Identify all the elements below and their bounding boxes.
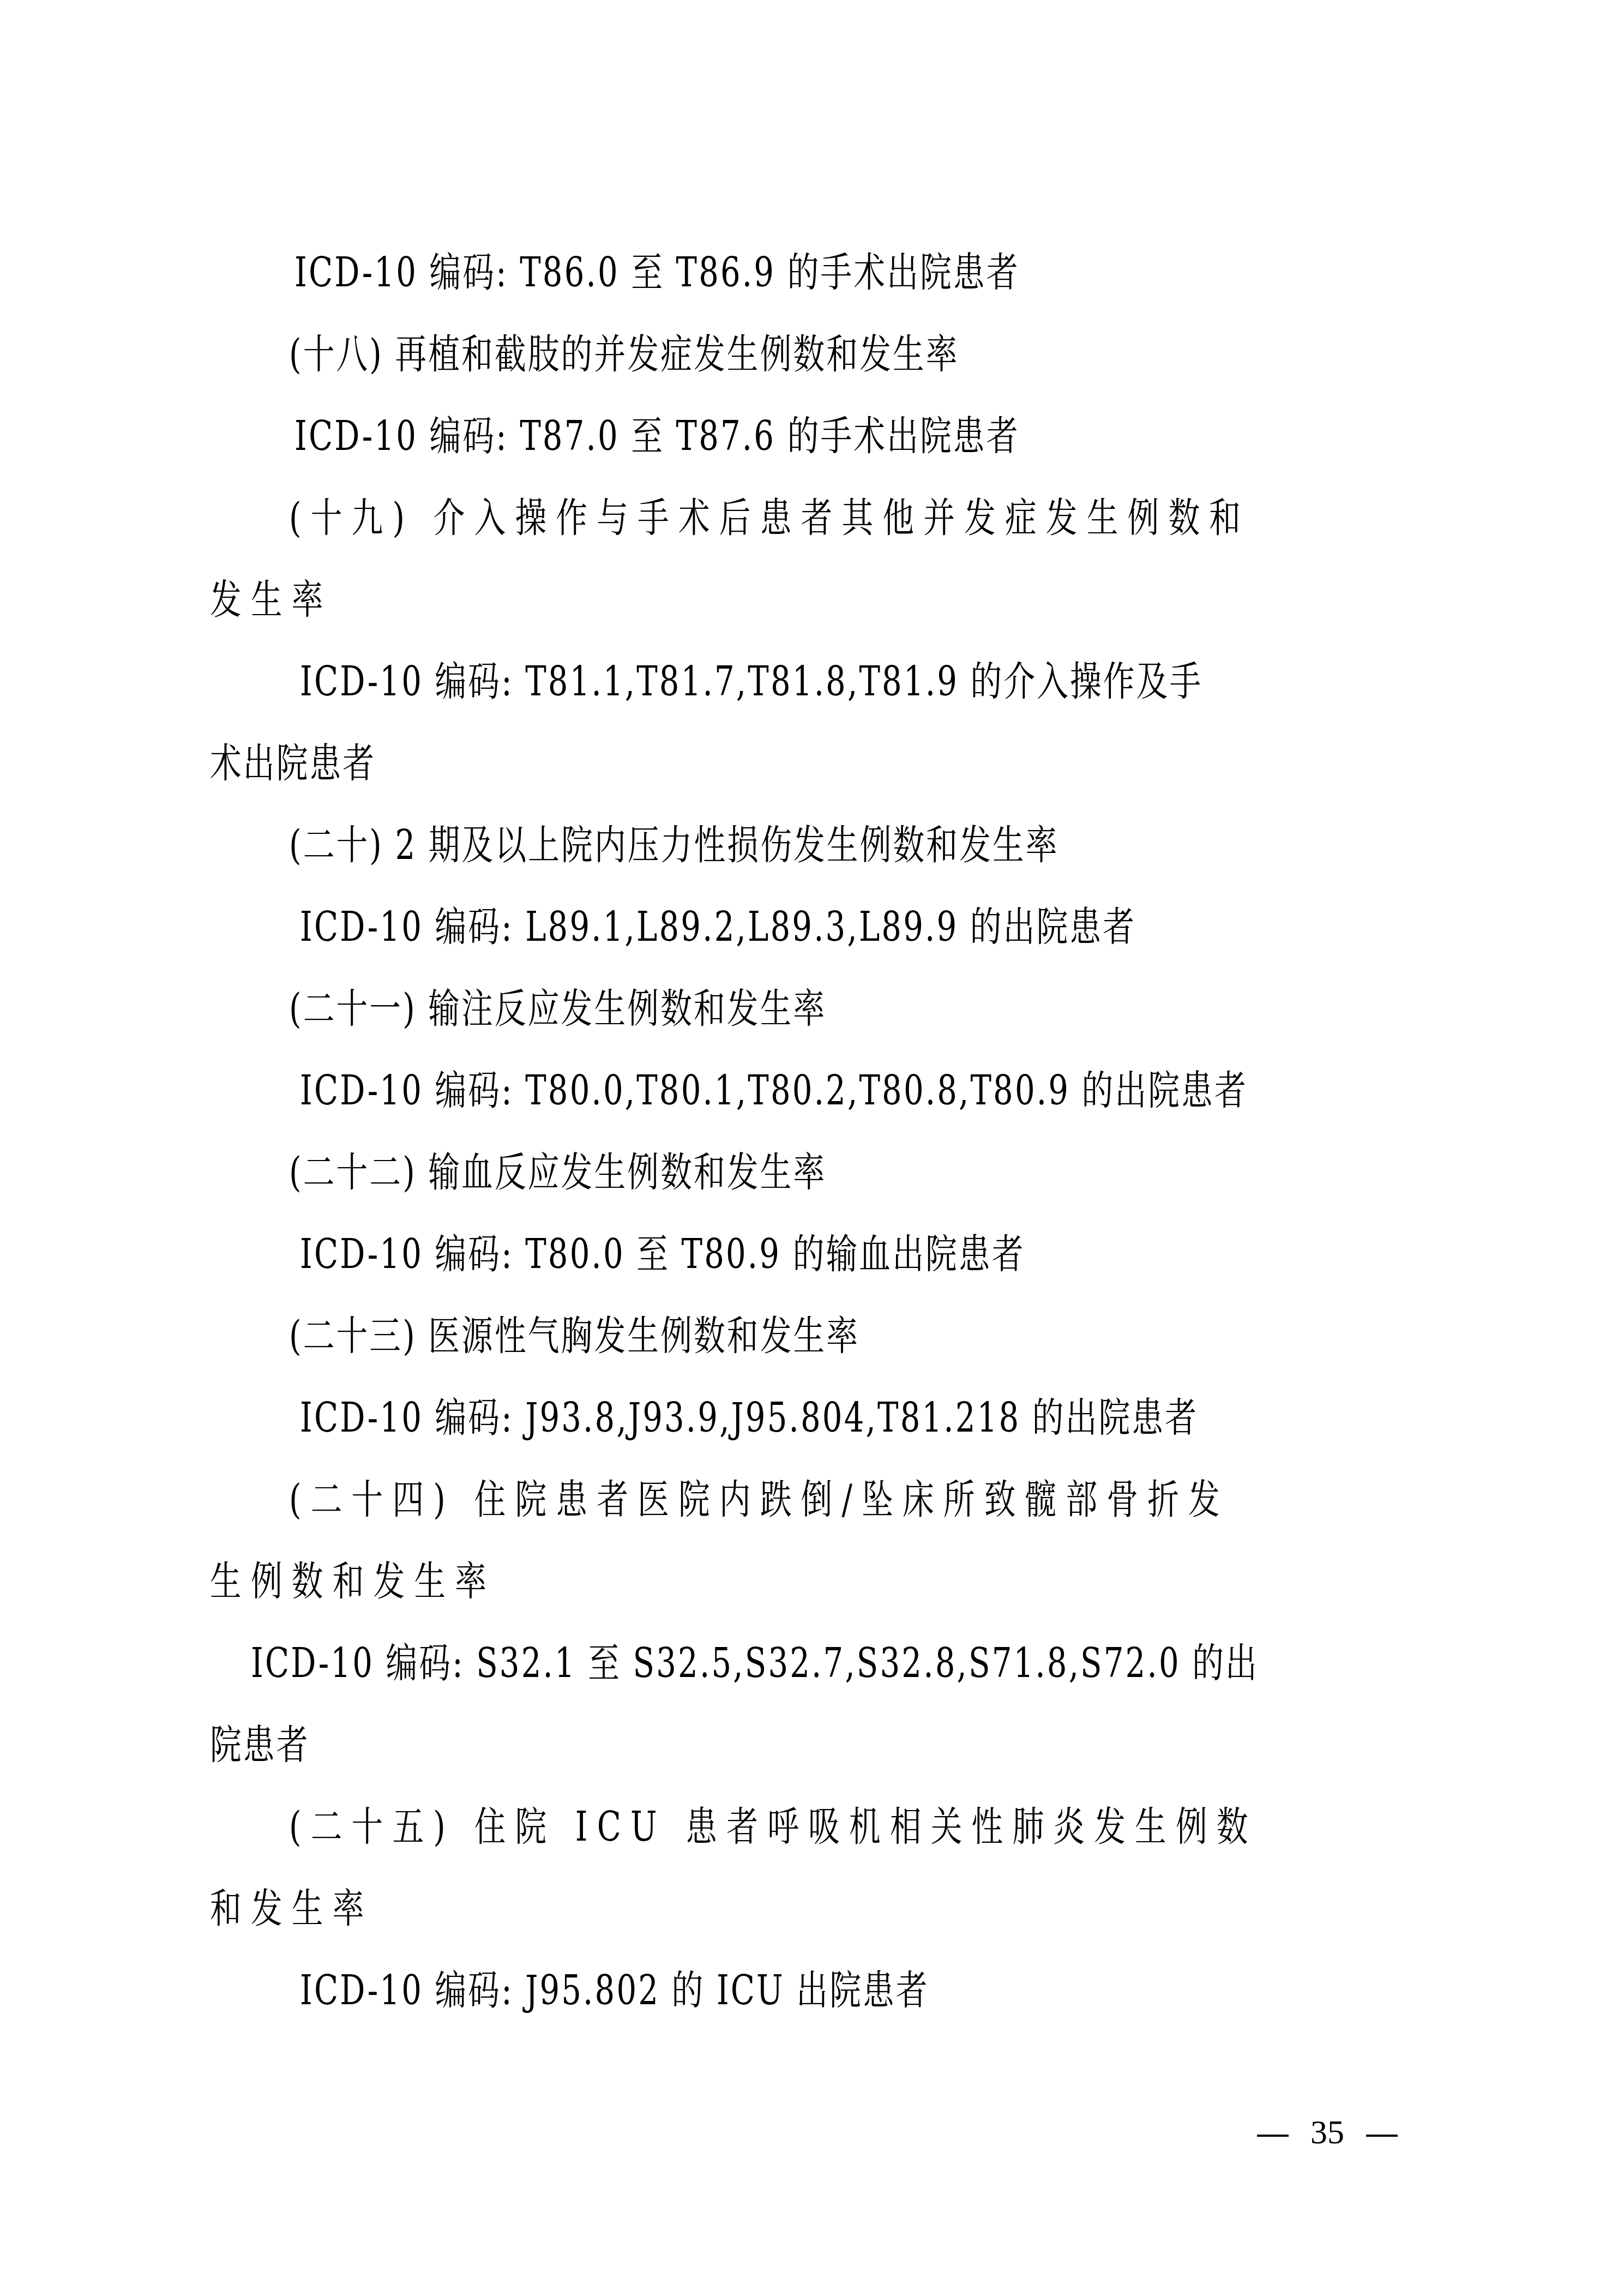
code-line-t80-infusion: ICD-10 编码: T80.0,T80.1,T80.2,T80.8,T80.9… — [300, 1063, 1248, 1118]
code-line-t87: ICD-10 编码: T87.0 至 T87.6 的手术出院患者 — [294, 409, 1020, 464]
heading-21: (二十一) 输注反应发生例数和发生率 — [289, 982, 826, 1036]
code-line-t81: ICD-10 编码: T81.1,T81.7,T81.8,T81.9 的介入操作… — [300, 654, 1202, 709]
code-line-l89: ICD-10 编码: L89.1,L89.2,L89.3,L89.9 的出院患者 — [300, 900, 1136, 954]
code-line-s32-cont: 院患者 — [210, 1718, 310, 1772]
code-line-t81-cont: 术出院患者 — [210, 736, 376, 791]
heading-19: (十九) 介入操作与手术后患者其他并发症发生例数和 — [289, 491, 1250, 545]
page-footer: 35 — [1235, 2111, 1420, 2154]
code-line-j93: ICD-10 编码: J93.8,J93.9,J95.804,T81.218 的… — [300, 1391, 1198, 1445]
heading-22: (二十二) 输血反应发生例数和发生率 — [289, 1145, 826, 1200]
heading-19-cont: 发生率 — [210, 573, 333, 627]
code-line-j95: ICD-10 编码: J95.802 的 ICU 出院患者 — [300, 1963, 929, 2018]
heading-18: (十八) 再植和截肢的并发症发生例数和发生率 — [289, 327, 959, 382]
heading-20: (二十) 2 期及以上院内压力性损伤发生例数和发生率 — [289, 818, 1059, 873]
code-line-t86: ICD-10 编码: T86.0 至 T86.9 的手术出院患者 — [294, 245, 1020, 300]
dash-right-icon — [1366, 2135, 1398, 2137]
heading-24: (二十四) 住院患者医院内跌倒/坠床所致髋部骨折发 — [289, 1472, 1229, 1527]
heading-23: (二十三) 医源性气胸发生例数和发生率 — [289, 1309, 859, 1363]
code-line-t80-transfusion: ICD-10 编码: T80.0 至 T80.9 的输血出院患者 — [300, 1227, 1025, 1282]
dash-left-icon — [1257, 2135, 1289, 2137]
heading-25-cont: 和发生率 — [210, 1882, 374, 1936]
heading-24-cont: 生例数和发生率 — [210, 1554, 496, 1609]
code-line-s32: ICD-10 编码: S32.1 至 S32.5,S32.7,S32.8,S71… — [251, 1636, 1259, 1691]
page-number: 35 — [1310, 2114, 1344, 2151]
document-page: ICD-10 编码: T86.0 至 T86.9 的手术出院患者 (十八) 再植… — [0, 0, 1624, 2296]
heading-25: (二十五) 住院 ICU 患者呼吸机相关性肺炎发生例数 — [289, 1800, 1258, 1854]
